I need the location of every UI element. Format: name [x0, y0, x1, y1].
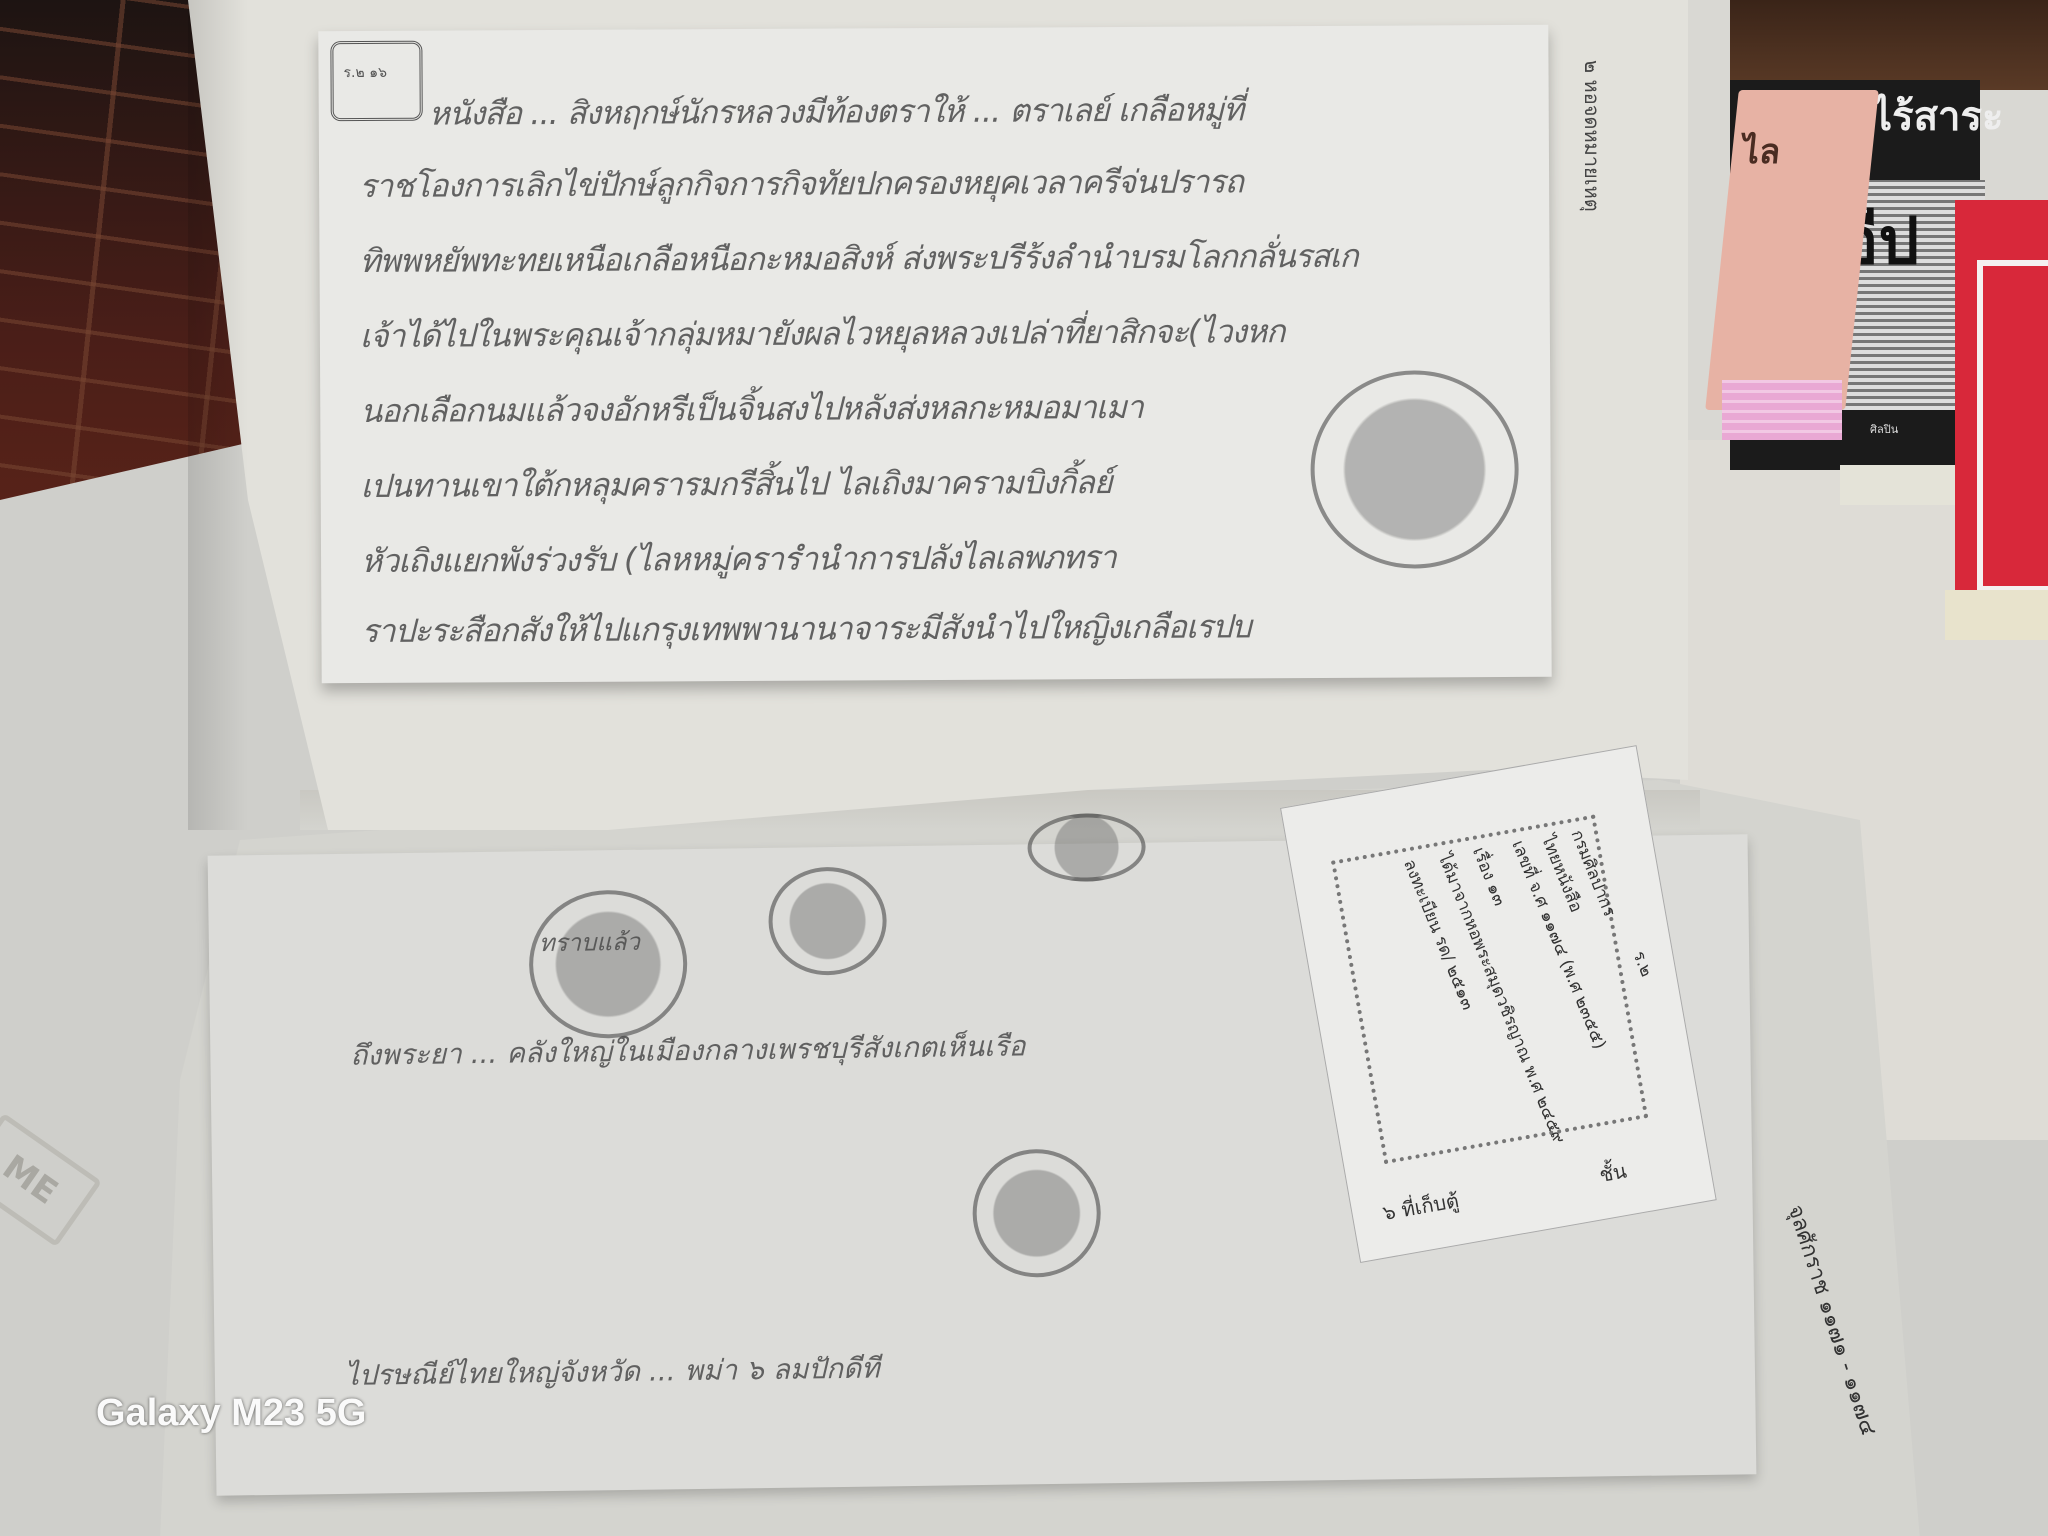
- card-shelf-label: ชั้น: [1597, 1155, 1629, 1191]
- manuscript-line: ราชโองการเลิกไข่ปักษ์ลูกกิจการกิจทัยปกคร…: [359, 156, 1243, 212]
- round-seal-icon: [1027, 813, 1146, 883]
- pink-book-pages-edge: [1722, 380, 1842, 440]
- background-book-red: [1955, 200, 2048, 620]
- card-reign: ร.๒: [1626, 947, 1661, 981]
- manuscript-bottom-line: ไปรษณีย์ไทยใหญ่จังหวัด ... พม่า ๖ ลมปักด…: [345, 1346, 880, 1397]
- running-header: ๒ หอจดหมายเหตุ: [1576, 60, 1608, 212]
- round-seal-icon: [972, 1148, 1102, 1278]
- seal-handwriting: ทราบแล้ว: [539, 922, 641, 962]
- book-title: ไล: [1740, 124, 1784, 178]
- book-author: ศิลปิน: [1870, 420, 1898, 438]
- archive-seal-box: ร.๒ ๑๖: [330, 41, 422, 121]
- page-curl-shadow: [188, 0, 248, 830]
- red-book-pages-edge: [1945, 590, 2048, 640]
- background-wood: [1730, 0, 2048, 90]
- manuscript-line: นอกเลือกนมแล้วจงอักหรีเป็นจิ้นสงไปหลังส่…: [360, 382, 1143, 437]
- manuscript-line: ทิพพหยัพทะทยเหนือเกลือหนือกะหมอสิงห์ ส่ง…: [359, 231, 1357, 287]
- manuscript-line: เจ้าได้ไปในพระคุณเจ้ากลุ่มหมายังผลไวหยุล…: [360, 306, 1285, 362]
- manuscript-line: หนังสือ ... สิงหฤกษ์นักรหลวงมีท้องตราให้…: [429, 84, 1244, 139]
- round-seal-icon: [528, 889, 688, 1039]
- manuscript-line: เปนทานเขาใต้กหลุมครารมกรีสิ้นไป ไลเถิงมา…: [361, 457, 1112, 512]
- card-cabinet-label: ๖ ที่เก็บตู้: [1380, 1184, 1461, 1229]
- manuscript-line: ราปะระสือกสังให้ไปแกรุงเทพพานานาจาระมีสั…: [361, 601, 1250, 657]
- seal-text: ร.๒ ๑๖: [343, 62, 387, 84]
- camera-watermark: Galaxy M23 5G: [96, 1392, 366, 1435]
- manuscript-address-line: ถึงพระยา ... คลังใหญ่ในเมืองกลางเพรชบุรี…: [350, 1024, 1026, 1077]
- manuscript-line: หัวเถิงแยกพังร่วงรับ (ไลหหมู่ครารำนำการป…: [361, 532, 1116, 587]
- manuscript-top: ร.๒ ๑๖ หนังสือ ... สิงหฤกษ์นักรหลวงมีท้อ…: [318, 25, 1551, 683]
- red-book-frame: [1977, 260, 2048, 592]
- round-seal-icon: [1310, 370, 1519, 569]
- round-seal-icon: [768, 866, 887, 976]
